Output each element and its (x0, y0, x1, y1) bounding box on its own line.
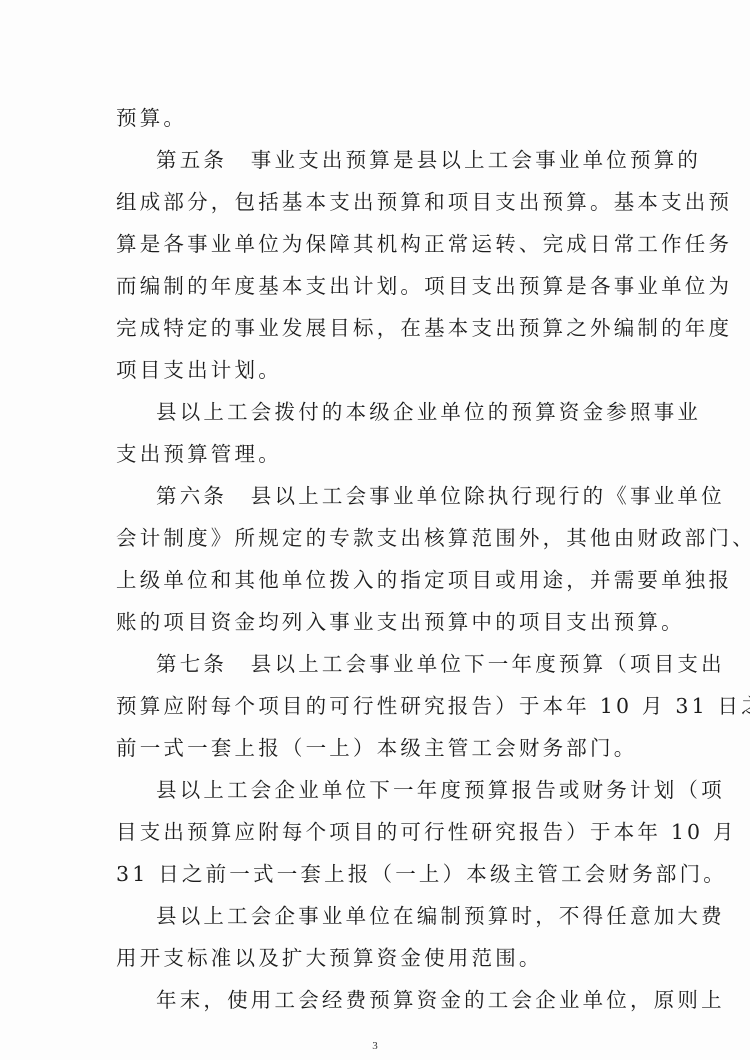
text-line: 支出预算管理。 (116, 440, 636, 468)
text-line: 组成部分，包括基本支出预算和项目支出预算。基本支出预 (116, 188, 636, 216)
document-page: 预算。 第五条 事业支出预算是县以上工会事业单位预算的 组成部分，包括基本支出预… (0, 0, 750, 1060)
paragraph-start-line: 县以上工会企事业单位在编制预算时，不得任意加大费 (156, 902, 676, 930)
text-line: 预算。 (116, 104, 636, 132)
text-line: 会计制度》所规定的专款支出核算范围外，其他由财政部门、 (116, 524, 636, 552)
article-7-heading-line: 第七条 县以上工会事业单位下一年度预算（项目支出 (156, 650, 676, 678)
text-line: 前一式一套上报（一上）本级主管工会财务部门。 (116, 734, 636, 762)
paragraph-start-line: 年末，使用工会经费预算资金的工会企业单位，原则上 (156, 986, 676, 1014)
text-line: 上级单位和其他单位拨入的指定项目或用途，并需要单独报 (116, 566, 636, 594)
text-line: 完成特定的事业发展目标，在基本支出预算之外编制的年度 (116, 314, 636, 342)
article-5-heading-line: 第五条 事业支出预算是县以上工会事业单位预算的 (156, 146, 676, 174)
page-number: 3 (0, 1040, 750, 1052)
text-line: 用开支标准以及扩大预算资金使用范围。 (116, 944, 636, 972)
text-line: 算是各事业单位为保障其机构正常运转、完成日常工作任务 (116, 230, 636, 258)
paragraph-start-line: 县以上工会拨付的本级企业单位的预算资金参照事业 (156, 398, 676, 426)
text-line: 预算应附每个项目的可行性研究报告）于本年 10 月 31 日之 (116, 692, 636, 720)
text-line: 账的项目资金均列入事业支出预算中的项目支出预算。 (116, 608, 636, 636)
article-6-heading-line: 第六条 县以上工会事业单位除执行现行的《事业单位 (156, 482, 676, 510)
text-line: 目支出预算应附每个项目的可行性研究报告）于本年 10 月 (116, 818, 636, 846)
text-line: 31 日之前一式一套上报（一上）本级主管工会财务部门。 (116, 860, 636, 888)
text-line: 项目支出计划。 (116, 356, 636, 384)
paragraph-start-line: 县以上工会企业单位下一年度预算报告或财务计划（项 (156, 776, 676, 804)
text-line: 而编制的年度基本支出计划。项目支出预算是各事业单位为 (116, 272, 636, 300)
